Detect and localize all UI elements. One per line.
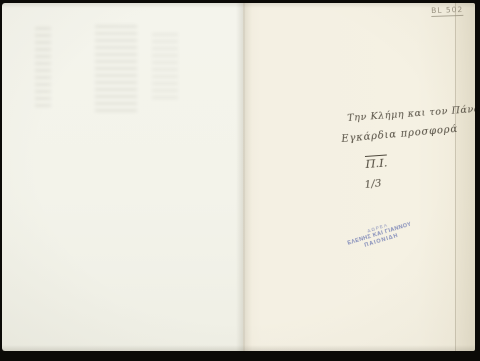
book-spread-scan: BL 502 Την Κλήμη και τον Πάνον Εγκάρδια … — [2, 3, 475, 351]
show-through-text-column — [152, 33, 178, 103]
left-page — [2, 3, 243, 351]
dedication-initials: Π.Ι. — [365, 155, 388, 170]
right-page — [243, 3, 475, 351]
top-edge-shadow — [2, 3, 475, 8]
dedication-fraction: 1/3 — [364, 177, 382, 191]
binding-gutter — [236, 3, 252, 351]
show-through-text-column — [35, 27, 51, 109]
page-fore-edge — [455, 3, 456, 351]
show-through-text-column — [95, 25, 137, 115]
pencil-shelf-mark: BL 502 — [431, 5, 463, 17]
bottom-edge-shadow — [2, 345, 475, 351]
